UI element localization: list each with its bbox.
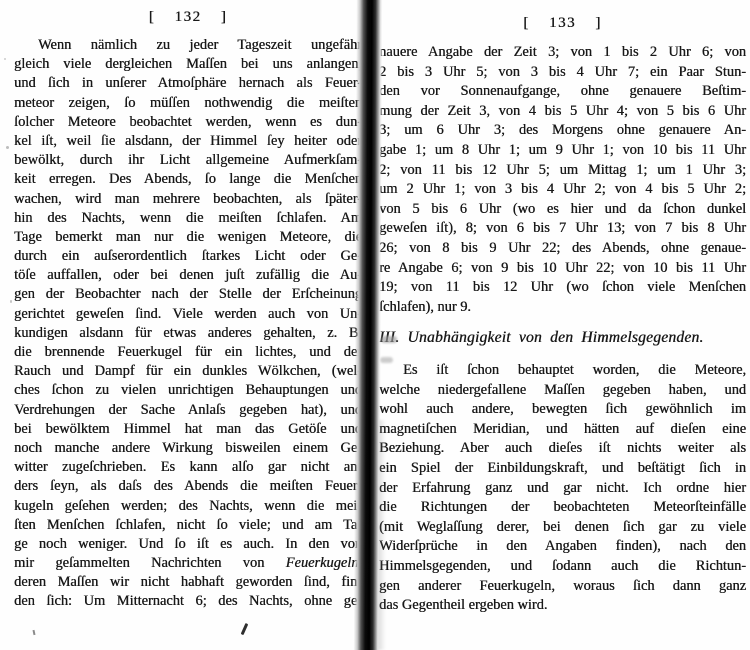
scan-speck bbox=[6, 146, 9, 149]
text-line: geweſen iſt), 8; von 6 bis 7 Uhr 13; von… bbox=[379, 219, 746, 239]
text-line: Beziehung. Aber auch dieſes iſt nichts w… bbox=[379, 439, 746, 459]
text-line: mung der Zeit 3, von 4 bis 5 Uhr 4; von … bbox=[379, 102, 746, 122]
text-line: 3; um 6 Uhr 3; des Morgens ohne genauere… bbox=[379, 121, 746, 141]
text-line: 2 bis 3 Uhr 5; von 3 bis 4 Uhr 7; ein Pa… bbox=[379, 63, 746, 83]
text-line: um 2 Uhr 1; von 3 bis 4 Uhr 2; von 4 bis… bbox=[379, 180, 746, 200]
text-line: ches ſchon zu vielen unrichtigen Behaupt… bbox=[14, 381, 362, 400]
text-line: 26; von 8 bis 9 Uhr 22; des Abends, ohne… bbox=[379, 239, 746, 259]
text-line: keit erregen. Des Abends, ſo lange die M… bbox=[14, 170, 362, 189]
text-line: bewölkt, durch ihr Licht allgemeine Aufm… bbox=[14, 151, 362, 170]
text-line: gerichtet geweſen ſind. Viele werden auc… bbox=[14, 305, 362, 324]
page-number-left: [ 132 ] bbox=[14, 9, 362, 26]
left-text-block: Wenn nämlich zu jeder Tageszeit ungefähr… bbox=[14, 36, 362, 612]
text-line: magnetiſchen Meridian, und hätten auf di… bbox=[379, 420, 746, 440]
text-line: kundigen alsdann für etwas anderes gehal… bbox=[14, 324, 362, 343]
text-line: den vor Sonnenaufgange, ohne genauere Be… bbox=[379, 82, 746, 102]
text-line: welche niedergefallene Maſſen gegeben ha… bbox=[379, 381, 746, 401]
text-line: ſten Menſchen ſchlafen, nicht ſo viele; … bbox=[14, 516, 362, 535]
text-line: Widerſprüche in den Angaben finden), nac… bbox=[379, 537, 746, 557]
text-line: ſolcher Meteore beobachtet werden, wenn … bbox=[14, 113, 362, 132]
page-right-133: [ 133 ] nauere Angabe der Zeit 3; von 1 … bbox=[379, 0, 746, 650]
margin-smudge bbox=[381, 336, 397, 343]
text-line: gabe 1; um 8 Uhr 1; um 9 Uhr 1; von 10 b… bbox=[379, 141, 746, 161]
text-line: die Richtungen der beobachteten Meteorſt… bbox=[379, 498, 746, 518]
text-line: 2; von 11 bis 12 Uhr 5; um Mittag 1; um … bbox=[379, 161, 746, 181]
scan-speck bbox=[4, 58, 6, 60]
text-line: deren Maſſen wir nicht habhaft geworden … bbox=[14, 573, 362, 592]
text-line: der Erfahrung ganz und gar nicht. Ich or… bbox=[379, 479, 746, 499]
text-line: gleich viele dergleichen Maſſen bei uns … bbox=[14, 55, 362, 74]
text-line: Es iſt ſchon behauptet worden, die Meteo… bbox=[379, 361, 746, 381]
text-line: Tage bemerkt man nur die wenigen Meteore… bbox=[14, 228, 362, 247]
text-line: gen anderer Feuerkugeln, woraus ſich dan… bbox=[379, 577, 746, 597]
text-line: ge noch weniger. Und ſo iſt es auch. In … bbox=[14, 535, 362, 554]
text-line: ſchlafen), nur 9. bbox=[379, 298, 746, 318]
text-line: nauere Angabe der Zeit 3; von 1 bis 2 Uh… bbox=[379, 43, 746, 63]
text-line: wohl auch andere, bewegten ſich gewöhnli… bbox=[379, 400, 746, 420]
text-line: bei bewölktem Himmel hat man das Getöſe … bbox=[14, 420, 362, 439]
text-line: Himmelsgegenden, und ſodann auch die Ric… bbox=[379, 557, 746, 577]
text-line: und ſich in unſerer Atmoſphäre hernach a… bbox=[14, 74, 362, 93]
text-line: von 5 bis 6 Uhr (wo es hier und da ſchon… bbox=[379, 200, 746, 220]
text-line: den ſich: Um Mitternacht 6; des Nachts, … bbox=[14, 592, 362, 611]
book-gutter-shadow bbox=[354, 0, 383, 650]
page-left-132: [ 132 ] Wenn nämlich zu jeder Tageszeit … bbox=[14, 0, 362, 650]
text-line: ders ſeyn, als daſs des Abends die meiſt… bbox=[14, 477, 362, 496]
text-line: das Gegentheil ergeben wird. bbox=[379, 596, 746, 616]
text-line: töſe auffallen, oder bei denen juſt zufä… bbox=[14, 266, 362, 285]
text-line: ein Spiel der Einbildungskraft, und beſt… bbox=[379, 459, 746, 479]
text-line: kel iſt, weil ſie alsdann, der Himmel ſe… bbox=[14, 132, 362, 151]
text-line: durch ein auſserordentlich ſtarkes Licht… bbox=[14, 247, 362, 266]
section-heading-iii: III. Unabhängigkeit von den Himmelsgegen… bbox=[379, 328, 746, 348]
text-line: mir geſammelten Nachrichten von Feuerkug… bbox=[14, 554, 362, 573]
text-line: Rauch und Dampf für ein dunkles Wölkchen… bbox=[14, 362, 362, 381]
text-line: kugeln geſehen werden; des Nachts, wenn … bbox=[14, 497, 362, 516]
text-line: hin des Nachts, wenn die meiſten ſchlafe… bbox=[14, 209, 362, 228]
text-line: noch manche andere Wirkung bisweilen ein… bbox=[14, 439, 362, 458]
right-text-block-top: nauere Angabe der Zeit 3; von 1 bis 2 Uh… bbox=[379, 43, 746, 317]
text-line: Wenn nämlich zu jeder Tageszeit ungefähr bbox=[14, 36, 362, 55]
text-line: (mit Weglaſſung derer, bei denen ſich ga… bbox=[379, 518, 746, 538]
text-line: re Angabe 6; von 9 bis 10 Uhr 22; von 10… bbox=[379, 259, 746, 279]
page-number-right: [ 133 ] bbox=[379, 15, 746, 32]
margin-smudge bbox=[380, 357, 393, 363]
right-text-block-bottom: Es iſt ſchon behauptet worden, die Meteo… bbox=[379, 361, 746, 616]
text-line: gen der Beobachter nach der Stelle der E… bbox=[14, 285, 362, 304]
text-line: meteor zeigen, ſo müſſen nothwendig die … bbox=[14, 94, 362, 113]
text-line: die brennende Feuerkugel für ein lichtes… bbox=[14, 343, 362, 362]
text-line: 19; von 11 bis 12 Uhr (wo ſchon viele Me… bbox=[379, 278, 746, 298]
text-line: witter zugeſchrieben. Es kann alſo gar n… bbox=[14, 458, 362, 477]
scan-speck bbox=[10, 300, 12, 303]
book-scan: [ 132 ] Wenn nämlich zu jeder Tageszeit … bbox=[0, 0, 750, 650]
text-line: wachen, wird man mehrere beobachten, als… bbox=[14, 190, 362, 209]
text-line: Verdrehungen der Sache Anlaſs gegeben ha… bbox=[14, 401, 362, 420]
